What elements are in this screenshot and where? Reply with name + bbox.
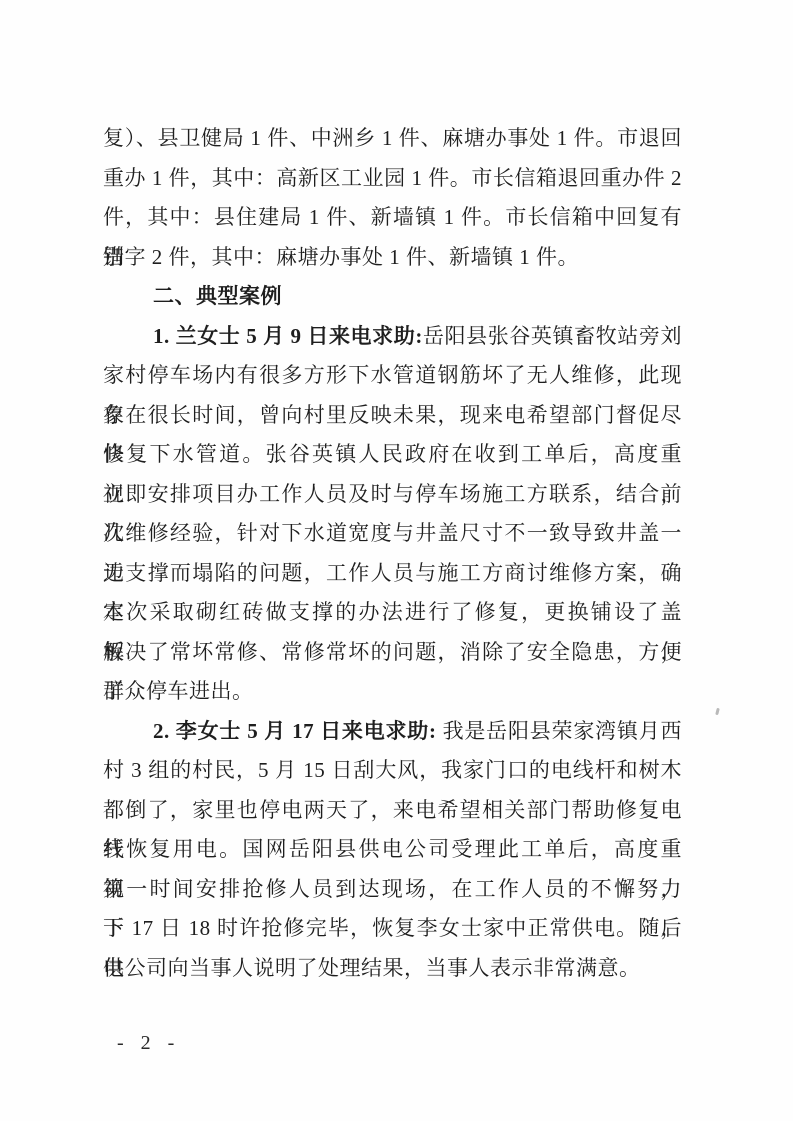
document-body: 复）、县卫健局 1 件、中洲乡 1 件、麻塘办事处 1 件。市退回重办 1 件，… bbox=[103, 119, 682, 988]
text-line: 电公司向当事人说明了处理结果，当事人表示非常满意。 bbox=[103, 949, 682, 989]
text-line: 于 17 日 18 时许抢修完毕，恢复李女士家中正常供电。随后供 bbox=[103, 909, 682, 949]
bold-lead: 1. 兰女士 5 月 9 日来电求助: bbox=[153, 324, 423, 348]
text-line: 2. 李女士 5 月 17 日来电求助: 我是岳阳县荣家湾镇月西 bbox=[103, 712, 682, 752]
text-line: 本次采取砌红砖做支撑的办法进行了修复，更换铺设了盖板， bbox=[103, 593, 682, 633]
text-segment: 群众停车进出。 bbox=[103, 679, 254, 703]
text-segment: 别字 2 件，其中：麻塘办事处 1 件、新墙镇 1 件。 bbox=[103, 245, 579, 269]
text-line: 次维修经验，针对下水道宽度与井盖尺寸不一致导致井盖一边 bbox=[103, 514, 682, 554]
text-line: 件，其中：县住建局 1 件、新墙镇 1 件。市长信箱中回复有错 bbox=[103, 198, 682, 238]
bold-lead: 2. 李女士 5 月 17 日来电求助: bbox=[153, 719, 437, 743]
page-number: - 2 - bbox=[117, 1032, 176, 1055]
text-line: 群众停车进出。 bbox=[103, 672, 682, 712]
text-line: 重办 1 件，其中：高新区工业园 1 件。市长信箱退回重办件 2 bbox=[103, 159, 682, 199]
section-heading: 二、典型案例 bbox=[103, 277, 682, 317]
text-line: 解决了常坏常修、常修常坏的问题，消除了安全隐患，方便了 bbox=[103, 633, 682, 673]
text-line: 1. 兰女士 5 月 9 日来电求助:岳阳县张谷英镇畜牧站旁刘 bbox=[103, 317, 682, 357]
document-page: 复）、县卫健局 1 件、中洲乡 1 件、麻塘办事处 1 件。市退回重办 1 件，… bbox=[0, 0, 793, 1121]
text-line: 无支撑而塌陷的问题，工作人员与施工方商讨维修方案，确定 bbox=[103, 554, 682, 594]
text-line: 都倒了，家里也停电两天了，来电希望相关部门帮助修复电线 bbox=[103, 791, 682, 831]
text-line: 复）、县卫健局 1 件、中洲乡 1 件、麻塘办事处 1 件。市退回 bbox=[103, 119, 682, 159]
text-segment: 复）、县卫健局 1 件、中洲乡 1 件、麻塘办事处 1 件。市退回 bbox=[103, 126, 682, 150]
text-line: 存在很长时间，曾向村里反映未果，现来电希望部门督促尽快 bbox=[103, 396, 682, 436]
text-segment: 村 3 组的村民，5 月 15 日刮大风，我家门口的电线杆和树木 bbox=[103, 758, 682, 782]
text-line: 第一时间安排抢修人员到达现场，在工作人员的不懈努力下， bbox=[103, 870, 682, 910]
scan-speck bbox=[715, 708, 720, 716]
text-segment: 我是岳阳县荣家湾镇月西 bbox=[437, 719, 682, 743]
text-segment: 电公司向当事人说明了处理结果，当事人表示非常满意。 bbox=[103, 956, 641, 980]
text-line: 村 3 组的村民，5 月 15 日刮大风，我家门口的电线杆和树木 bbox=[103, 751, 682, 791]
text-line: 杆恢复用电。国网岳阳县供电公司受理此工单后，高度重视， bbox=[103, 830, 682, 870]
text-line: 家村停车场内有很多方形下水管道钢筋坏了无人维修，此现象 bbox=[103, 356, 682, 396]
text-line: 别字 2 件，其中：麻塘办事处 1 件、新墙镇 1 件。 bbox=[103, 238, 682, 278]
bold-lead: 二、典型案例 bbox=[153, 284, 282, 308]
text-line: 修复下水管道。张谷英镇人民政府在收到工单后，高度重视， bbox=[103, 435, 682, 475]
text-segment: 重办 1 件，其中：高新区工业园 1 件。市长信箱退回重办件 2 bbox=[103, 166, 682, 190]
text-segment: 岳阳县张谷英镇畜牧站旁刘 bbox=[423, 324, 682, 348]
text-line: 立即安排项目办工作人员及时与停车场施工方联系，结合前几 bbox=[103, 475, 682, 515]
